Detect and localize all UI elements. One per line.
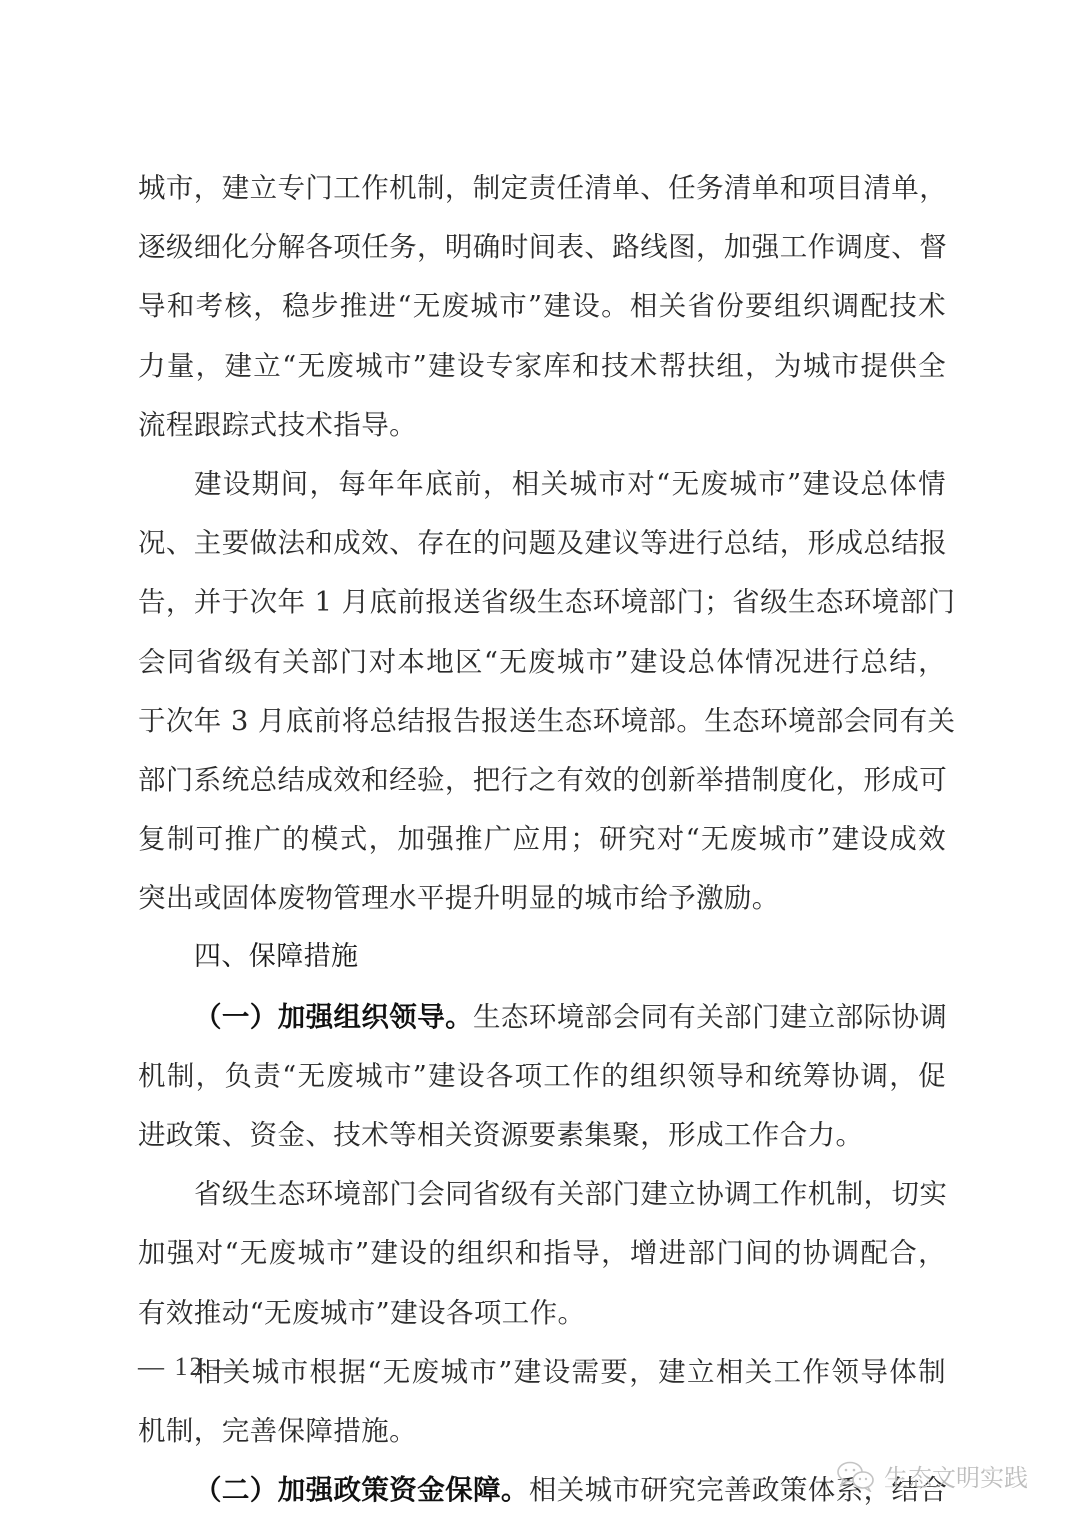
body-line: 建设期间，每年年底前，相关城市对“无废城市”建设总体情 [138, 461, 946, 520]
body-line: 有效推动“无废城市”建设各项工作。 [138, 1290, 946, 1349]
body-line: 于次年 3 月底前将总结报告报送生态环境部。生态环境部会同有关 [138, 698, 946, 757]
body-line: 机制，完善保障措施。 [138, 1408, 946, 1467]
body-line: 部门系统总结成效和经验，把行之有效的创新举措制度化，形成可 [138, 757, 946, 816]
watermark-text: 生态文明实践 [884, 1458, 1028, 1493]
body-line: 相关城市根据“无废城市”建设需要，建立相关工作领导体制 [138, 1349, 946, 1408]
subsection-2-title: （二）加强政策资金保障。 [194, 1474, 529, 1506]
document-page: 城市，建立专门工作机制，制定责任清单、任务清单和项目清单， 逐级细化分解各项任务… [138, 165, 946, 1526]
body-line: 进政策、资金、技术等相关资源要素集聚，形成工作合力。 [138, 1112, 946, 1171]
body-line: 逐级细化分解各项任务，明确时间表、路线图，加强工作调度、督 [138, 224, 946, 283]
body-line: 复制可推广的模式，加强推广应用；研究对“无废城市”建设成效 [138, 816, 946, 875]
page-number: — 12 — [138, 1352, 241, 1382]
watermark: 生态文明实践 [836, 1458, 1028, 1493]
section-heading: 四、保障措施 [138, 934, 946, 993]
subsection-1-first-line: （一）加强组织领导。生态环境部会同有关部门建立部际协调 [138, 994, 946, 1053]
body-line: 突出或固体废物管理水平提升明显的城市给予激励。 [138, 875, 946, 934]
subsection-1-title: （一）加强组织领导。 [194, 1001, 473, 1033]
body-line: 况、主要做法和成效、存在的问题及建议等进行总结，形成总结报 [138, 520, 946, 579]
subsection-1-text: 生态环境部会同有关部门建立部际协调 [473, 1001, 947, 1033]
body-line: 省级生态环境部门会同省级有关部门建立协调工作机制，切实 [138, 1171, 946, 1230]
body-line: 机制，负责“无废城市”建设各项工作的组织领导和统筹协调，促 [138, 1053, 946, 1112]
subsection-2-first-line: （二）加强政策资金保障。相关城市研究完善政策体系，结合 [138, 1467, 946, 1526]
body-line: 导和考核，稳步推进“无废城市”建设。相关省份要组织调配技术 [138, 283, 946, 342]
body-line: 告，并于次年 1 月底前报送省级生态环境部门；省级生态环境部门 [138, 579, 946, 638]
body-line: 城市，建立专门工作机制，制定责任清单、任务清单和项目清单， [138, 165, 946, 224]
body-line: 加强对“无废城市”建设的组织和指导，增进部门间的协调配合， [138, 1230, 946, 1289]
wechat-icon [836, 1460, 876, 1492]
body-line: 流程跟踪式技术指导。 [138, 402, 946, 461]
body-line: 力量，建立“无废城市”建设专家库和技术帮扶组，为城市提供全 [138, 343, 946, 402]
body-line: 会同省级有关部门对本地区“无废城市”建设总体情况进行总结， [138, 639, 946, 698]
